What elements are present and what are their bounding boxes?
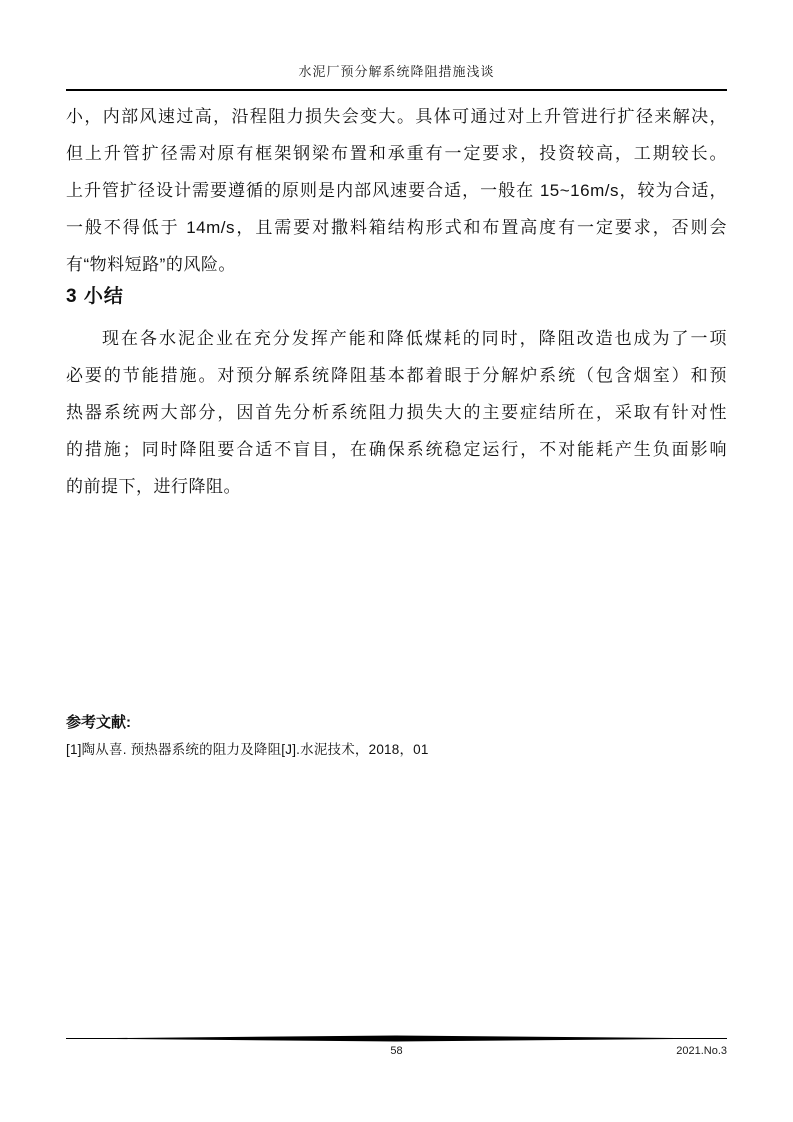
paragraph-line: 现在各水泥企业在充分发挥产能和降低煤耗的同时，降阻改造也成为了一项 <box>66 320 727 357</box>
reference-item: [1]陶从喜. 预热器系统的阻力及降阻[J].水泥技术，2018，01 <box>66 740 727 759</box>
paragraph-line: 但上升管扩径需对原有框架钢梁布置和承重有一定要求，投资较高，工期较长。 <box>66 135 727 172</box>
paragraph-line: 的前提下，进行降阻。 <box>66 468 727 505</box>
paragraph-line: 有“物料短路”的风险。 <box>66 246 727 283</box>
page-footer: 58 2021.No.3 <box>66 1035 727 1059</box>
header-rule <box>66 89 727 91</box>
paragraph-summary: 现在各水泥企业在充分发挥产能和降低煤耗的同时，降阻改造也成为了一项 必要的节能措… <box>66 320 727 505</box>
paragraph-line: 必要的节能措施。对预分解系统降阻基本都着眼于分解炉系统（包含烟室）和预 <box>66 357 727 394</box>
references-heading: 参考文献: <box>66 712 727 734</box>
running-header-title: 水泥厂预分解系统降阻措施浅谈 <box>66 63 727 81</box>
paragraph-line: 上升管扩径设计需要遵循的原则是内部风速要合适，一般在 15~16m/s，较为合适… <box>66 172 727 209</box>
paragraph-line: 小，内部风速过高，沿程阻力损失会变大。具体可通过对上升管进行扩径来解决， <box>66 98 727 135</box>
document-page: 水泥厂预分解系统降阻措施浅谈 小，内部风速过高，沿程阻力损失会变大。具体可通过对… <box>0 0 793 1122</box>
references-section: 参考文献: [1]陶从喜. 预热器系统的阻力及降阻[J].水泥技术，2018，0… <box>66 712 727 759</box>
section-heading-summary: 3 小结 <box>66 283 727 311</box>
issue-number: 2021.No.3 <box>676 1043 727 1059</box>
paragraph-line: 热器系统两大部分，因首先分析系统阻力损失大的主要症结所在，采取有针对性 <box>66 394 727 431</box>
paragraph-line: 的措施；同时降阻要合适不盲目，在确保系统稳定运行，不对能耗产生负面影响 <box>66 431 727 468</box>
footer-row: 58 2021.No.3 <box>66 1043 727 1059</box>
paragraph-line: 一般不得低于 14m/s，且需要对撒料箱结构形式和布置高度有一定要求，否则会 <box>66 209 727 246</box>
page-content: 水泥厂预分解系统降阻措施浅谈 小，内部风速过高，沿程阻力损失会变大。具体可通过对… <box>66 0 727 759</box>
page-number: 58 <box>66 1043 727 1059</box>
paragraph-continuation: 小，内部风速过高，沿程阻力损失会变大。具体可通过对上升管进行扩径来解决， 但上升… <box>66 98 727 283</box>
footer-rule <box>66 1035 727 1042</box>
